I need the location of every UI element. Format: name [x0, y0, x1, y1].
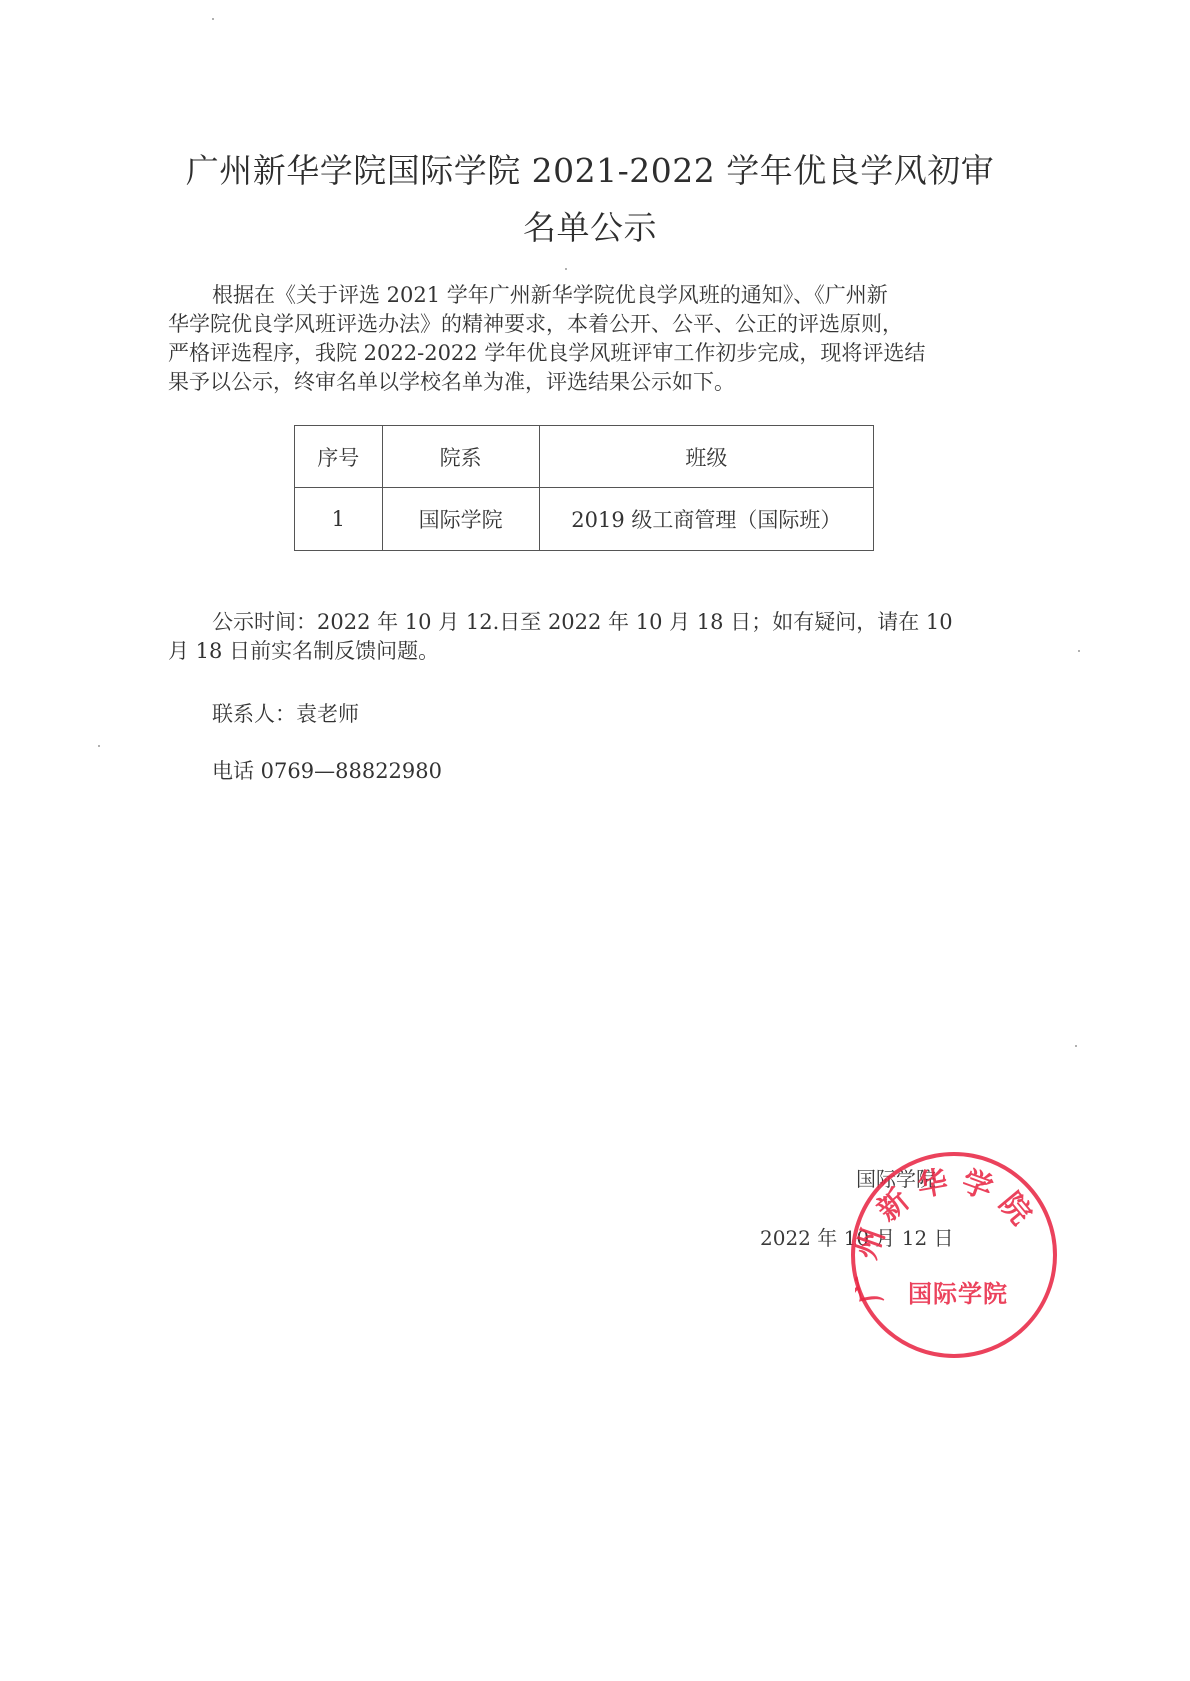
cell-class: 2019 级工商管理（国际班） — [539, 488, 873, 551]
intro-line: 严格评选程序，我院 2022-2022 学年优良学风班评审工作初步完成，现将评选… — [168, 339, 1018, 368]
notice-line: 月 18 日前实名制反馈问题。 — [168, 637, 1018, 666]
result-table: 序号 院系 班级 1 国际学院 2019 级工商管理（国际班） — [294, 425, 874, 551]
intro-line: 华学院优良学风班评选办法》的精神要求，本着公开、公平、公正的评选原则， — [168, 310, 1018, 339]
notice-paragraph: 公示时间：2022 年 10 月 12.日至 2022 年 10 月 18 日；… — [168, 608, 1018, 666]
document-title-line2: 名单公示 — [150, 202, 1030, 249]
header-department: 院系 — [382, 426, 539, 488]
scan-speck — [98, 745, 100, 747]
document-page: 广州新华学院国际学院 2021-2022 学年优良学风初审 名单公示 根据在《关… — [0, 0, 1190, 1681]
signature-signer: 国际学院 — [856, 1163, 936, 1192]
notice-line: 公示时间：2022 年 10 月 12.日至 2022 年 10 月 18 日；… — [168, 608, 1018, 637]
scan-speck — [212, 18, 214, 20]
cell-index: 1 — [295, 488, 383, 551]
signature-date: 2022 年 10 月 12 日 — [760, 1222, 954, 1251]
cell-department: 国际学院 — [382, 488, 539, 551]
intro-line: 根据在《关于评选 2021 学年广州新华学院优良学风班的通知》、《广州新 — [168, 281, 1018, 310]
contact-person: 联系人：袁老师 — [212, 698, 359, 728]
document-title-line1: 广州新华学院国际学院 2021-2022 学年优良学风初审 — [150, 145, 1030, 192]
intro-line: 果予以公示，终审名单以学校名单为准，评选结果公示如下。 — [168, 368, 1018, 397]
scan-speck — [1075, 1045, 1077, 1047]
intro-paragraph: 根据在《关于评选 2021 学年广州新华学院优良学风班的通知》、《广州新 华学院… — [168, 281, 1018, 397]
header-index: 序号 — [295, 426, 383, 488]
contact-phone: 电话 0769—88822980 — [212, 755, 442, 785]
scan-speck — [1078, 650, 1080, 652]
table-header-row: 序号 院系 班级 — [295, 426, 874, 488]
scan-speck — [565, 268, 567, 270]
table-row: 1 国际学院 2019 级工商管理（国际班） — [295, 488, 874, 551]
header-class: 班级 — [539, 426, 873, 488]
seal-center-text: 国际学院 — [855, 1274, 1061, 1309]
